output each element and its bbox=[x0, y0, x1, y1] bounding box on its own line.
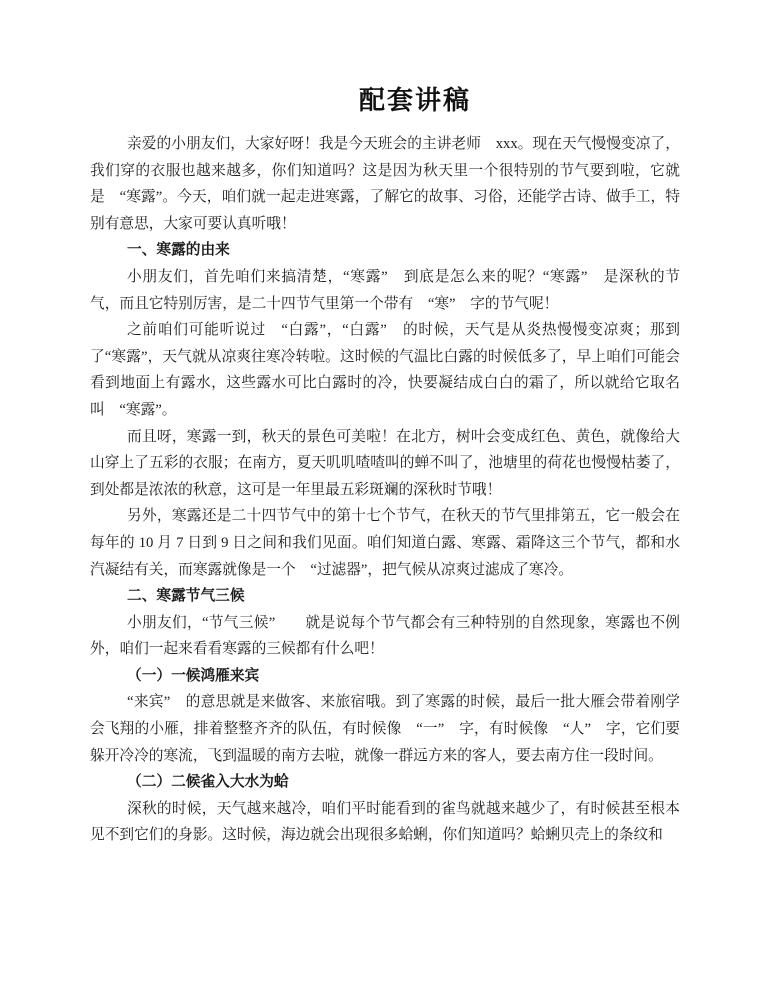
document-body: 亲爱的小朋友们，大家好呀！我是今天班会的主讲老师 xxx。现在天气慢慢变凉了，我… bbox=[90, 131, 680, 849]
subsection-heading-hongyan: （一）一候鸿雁来宾 bbox=[90, 663, 680, 690]
paragraph-origin-2: 之前咱们可能听说过 “白露”，“白露” 的时候，天气是从炎热慢慢变凉爽；那到了“… bbox=[90, 317, 680, 423]
paragraph-queru: 深秋的时候，天气越来越冷，咱们平时能看到的雀鸟就越来越少了，有时候甚至根本见不到… bbox=[90, 796, 680, 849]
paragraph-sanhou-intro: 小朋友们，“节气三候” 就是说每个节气都会有三种特别的自然现象，寒露也不例外，咱… bbox=[90, 610, 680, 663]
document-title: 配套讲稿 bbox=[60, 0, 770, 118]
paragraph-hongyan: “来宾” 的意思就是来做客、来旅宿哦。到了寒露的时候，最后一批大雁会带着刚学会飞… bbox=[90, 689, 680, 769]
section-heading-origin: 一、寒露的由来 bbox=[90, 237, 680, 264]
section-heading-sanhou: 二、寒露节气三候 bbox=[90, 583, 680, 610]
paragraph-origin-3: 而且呀，寒露一到，秋天的景色可美啦！在北方，树叶会变成红色、黄色，就像给大山穿上… bbox=[90, 424, 680, 504]
paragraph-origin-1: 小朋友们，首先咱们来搞清楚，“寒露” 到底是怎么来的呢？“寒露” 是深秋的节气，… bbox=[90, 264, 680, 317]
subsection-heading-queru: （二）二候雀入大水为蛤 bbox=[90, 769, 680, 796]
paragraph-origin-4: 另外，寒露还是二十四节气中的第十七个节气，在秋天的节气里排第五，它一般会在每年的… bbox=[90, 503, 680, 583]
document-page: 配套讲稿 亲爱的小朋友们，大家好呀！我是今天班会的主讲老师 xxx。现在天气慢慢… bbox=[0, 0, 770, 1000]
paragraph-intro: 亲爱的小朋友们，大家好呀！我是今天班会的主讲老师 xxx。现在天气慢慢变凉了，我… bbox=[90, 131, 680, 237]
